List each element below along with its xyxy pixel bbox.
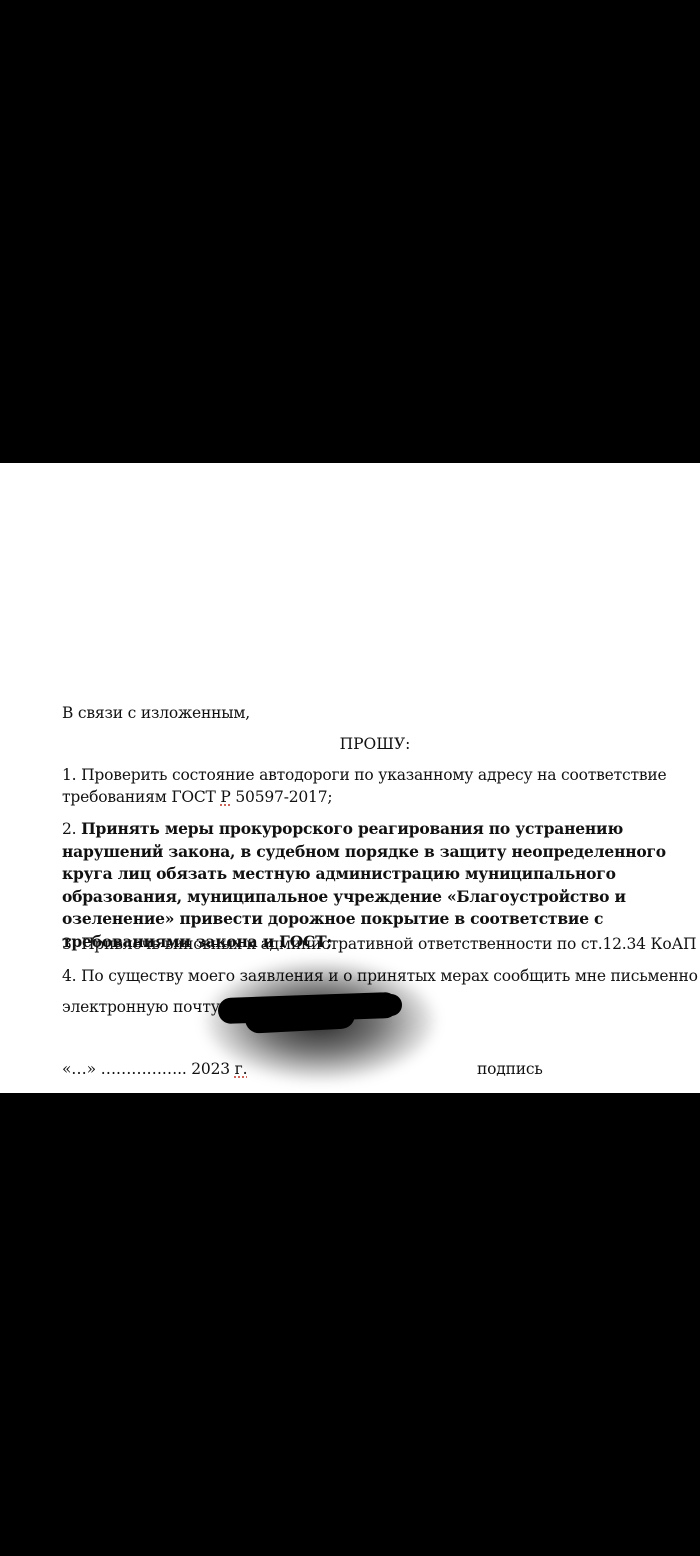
date-line: «…» …………….. 2023 г. <box>62 1059 247 1080</box>
item-3-text: 3. Привлечь виновных к административной … <box>62 934 700 955</box>
item-2-paragraph: 2. Принять меры прокурорского реагирован… <box>62 818 677 953</box>
document-page: В связи с изложенным, ПРОШУ: 1. Проверит… <box>0 463 700 1093</box>
request-heading: ПРОШУ: <box>0 735 700 753</box>
intro-text: В связи с изложенным, <box>62 703 250 724</box>
item-1-text: требованиям ГОСТ <box>62 788 220 806</box>
item-1-line-1: 1. Проверить состояние автодороги по ука… <box>62 765 667 786</box>
item-1-line-2: требованиям ГОСТ Р 50597-2017; <box>62 787 332 808</box>
item-2-number: 2. <box>62 820 81 838</box>
redaction-mark-end <box>380 994 402 1016</box>
item-2-bold-text: Принять меры прокурорского реагирования … <box>62 819 666 951</box>
signature-label: подпись <box>477 1059 543 1080</box>
date-text: «…» …………….. 2023 <box>62 1060 235 1078</box>
redaction-mark-lower <box>244 1000 355 1034</box>
item-1-text-end: 50597-2017; <box>231 788 333 806</box>
spellcheck-flag[interactable]: Р <box>220 788 230 806</box>
item-4-line-2: электронную почту <box>62 997 220 1018</box>
